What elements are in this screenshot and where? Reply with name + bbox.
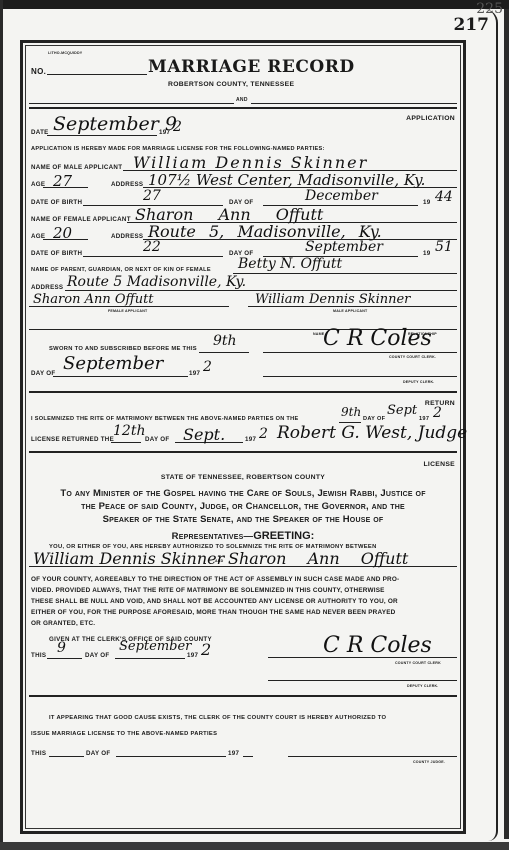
divider <box>29 451 457 453</box>
representatives-text: Representatives— <box>172 531 254 542</box>
parent-address[interactable]: Route 5 Madisonville, Ky. <box>67 274 246 290</box>
license-body-line-5: or granted, etc. <box>31 618 95 629</box>
judge-year-prefix: 197 <box>228 750 239 757</box>
and-label: and <box>236 97 248 103</box>
divider <box>29 107 457 109</box>
solemnized-day[interactable]: 9th <box>341 405 361 419</box>
license-body-line-2: vided. Provided always, That the Rite of… <box>31 585 385 596</box>
license-section-label: License <box>423 461 455 468</box>
scan-edge-left <box>0 0 3 850</box>
female-dob-month[interactable]: September <box>305 239 383 255</box>
female-signature[interactable]: Sharon Ann Offutt <box>33 292 154 307</box>
female-dob-year[interactable]: 51 <box>435 239 453 255</box>
scan-edge-top <box>0 0 509 9</box>
given-year-prefix: 197 <box>187 652 198 659</box>
returned-month[interactable]: Sept. <box>183 425 225 444</box>
returned-dayof-label: day of <box>145 436 170 443</box>
judge-order-line-2: issue Marriage License to the above-name… <box>31 731 217 737</box>
solemnized-dayof-label: day of <box>363 416 385 422</box>
divider <box>29 695 457 697</box>
sworn-label: Sworn to and subscribed before me this <box>49 346 197 352</box>
scan-edge-bottom <box>0 842 509 850</box>
given-this-label: This <box>31 652 46 659</box>
solemnized-year[interactable]: 2 <box>433 405 442 421</box>
returned-day-underline <box>111 442 141 443</box>
divider <box>29 391 457 393</box>
male-dob-year[interactable]: 44 <box>435 189 453 205</box>
male-address[interactable]: 107½ West Center, Madisonville, Ky. <box>148 171 425 189</box>
greeting-text: GREETING: <box>253 530 314 542</box>
sworn-day[interactable]: 9th <box>213 333 237 349</box>
male-address-label: Address <box>111 181 143 188</box>
male-dob-year-prefix: 19 <box>423 199 430 206</box>
scan-edge-right <box>504 9 509 839</box>
license-address-line-1: To any Minister of the Gospel having the… <box>23 487 463 500</box>
date-underline <box>47 135 157 136</box>
license-address-line-2: the Peace of said County, Judge, or Chan… <box>23 500 463 513</box>
female-address-label: Address <box>111 233 143 240</box>
license-address-line-3: Speaker of the State Senate, and the Spe… <box>23 513 463 526</box>
license-clerk-caption: County Court Clerk <box>395 661 441 665</box>
record-no-label: No. <box>31 67 46 76</box>
clerk-caption: County Court Clerk. <box>389 355 436 359</box>
judge-month-field[interactable] <box>116 756 226 757</box>
female-dob-day[interactable]: 22 <box>143 239 161 255</box>
date-label: Date <box>31 129 49 136</box>
license-female-party[interactable]: Sharon Ann Offutt <box>228 549 408 568</box>
given-day-underline <box>47 658 82 659</box>
parent-address-underline <box>65 290 457 291</box>
female-dob-day-underline <box>83 256 223 257</box>
returned-day[interactable]: 12th <box>113 423 145 439</box>
license-body-line-1: of your County, agreeably to the directi… <box>31 574 399 585</box>
sworn-month[interactable]: September <box>63 353 163 374</box>
deputy-signature-line <box>263 376 457 377</box>
sworn-month-underline <box>53 376 188 377</box>
male-name-label: Name of Male Applicant <box>31 164 122 171</box>
form-title: MARRIAGE RECORD <box>148 57 355 77</box>
application-year[interactable]: 2 <box>173 119 182 135</box>
form-subtitle: Robertson County, Tennessee <box>168 81 294 88</box>
given-month[interactable]: September <box>119 639 191 654</box>
officiant-signature[interactable]: Robert G. West, Judge <box>277 423 467 443</box>
license-male-party[interactable]: William Dennis Skinner <box>33 549 224 568</box>
parent-underline <box>233 273 457 274</box>
application-section-label: Application <box>406 115 455 122</box>
judge-caption: County Judge. <box>413 760 445 764</box>
male-dob-day[interactable]: 27 <box>143 188 161 204</box>
party-one-field[interactable] <box>29 103 234 104</box>
returned-year-prefix: 197 <box>245 436 256 443</box>
party-two-field[interactable] <box>251 103 457 104</box>
parent-name[interactable]: Betty N. Offutt <box>238 256 342 272</box>
sworn-year-prefix: 197 <box>189 370 200 377</box>
given-month-underline <box>115 658 185 659</box>
female-age[interactable]: 20 <box>53 224 72 242</box>
female-signature-caption: Female Applicant <box>108 309 147 313</box>
solemnized-month[interactable]: Sept <box>387 403 417 418</box>
deputy-caption: Deputy Clerk. <box>403 380 435 384</box>
record-no-field[interactable] <box>47 74 147 75</box>
male-age[interactable]: 27 <box>53 172 72 190</box>
returned-label: License returned the <box>31 436 114 443</box>
judge-this-label: This <box>31 750 46 757</box>
license-body-line-3: these shall be null and void, and shall … <box>31 596 398 607</box>
clerk-signature[interactable]: C R Coles <box>323 326 432 351</box>
judge-day-field[interactable] <box>49 756 84 757</box>
license-greeting-line: Representatives—GREETING: <box>23 526 463 544</box>
solemnized-label: I solemnized the Rite of Matrimony betwe… <box>31 416 299 422</box>
given-dayof-label: day of <box>85 652 110 659</box>
returned-year[interactable]: 2 <box>259 426 268 442</box>
printer-mark: Litho-McQuiddy <box>48 51 82 55</box>
given-day[interactable]: 9 <box>57 640 66 656</box>
judge-dayof-label: day of <box>86 750 111 757</box>
marriage-record-form: Litho-McQuiddy No. MARRIAGE RECORD Rober… <box>20 40 466 834</box>
male-dob-label: Date of Birth <box>31 199 82 206</box>
parent-address-label: Address <box>31 284 63 291</box>
license-clerk-signature[interactable]: C R Coles <box>323 633 432 658</box>
female-name-label: Name of Female Applicant <box>31 216 131 223</box>
sworn-year[interactable]: 2 <box>203 359 212 375</box>
male-signature-caption: Male Applicant <box>333 309 367 313</box>
given-year[interactable]: 2 <box>201 640 211 659</box>
judge-signature-line[interactable] <box>288 756 457 757</box>
page-number: 217 <box>454 15 490 35</box>
male-dob-month[interactable]: December <box>305 188 378 204</box>
sworn-day-underline <box>199 352 249 353</box>
clerk-signature-line <box>263 352 457 353</box>
sworn-dayof-label: Day of <box>31 370 56 377</box>
judge-year-field[interactable] <box>243 756 253 757</box>
solemnized-year-prefix: 197 <box>419 416 429 422</box>
state-line: State of Tennessee, Robertson County <box>23 474 463 481</box>
male-applicant-name[interactable]: William Dennis Skinner <box>133 153 368 172</box>
female-dob-label: Date of Birth <box>31 250 82 257</box>
application-intro: Application is hereby made for Marriage … <box>31 146 325 152</box>
license-deputy-signature-line <box>268 680 457 681</box>
parent-label: Name of Parent, Guardian, or Next of Kin… <box>31 267 211 273</box>
license-deputy-caption: Deputy Clerk. <box>407 684 439 688</box>
judge-order-line-1: It appearing that good cause exists, the… <box>49 715 386 721</box>
female-dob-year-prefix: 19 <box>423 250 430 257</box>
date-year-prefix: 197 <box>159 129 170 136</box>
male-signature[interactable]: William Dennis Skinner <box>255 292 410 307</box>
parties-and-label: and <box>215 559 223 563</box>
license-body-line-4: either of you, for the purpose aforesaid… <box>31 607 395 618</box>
